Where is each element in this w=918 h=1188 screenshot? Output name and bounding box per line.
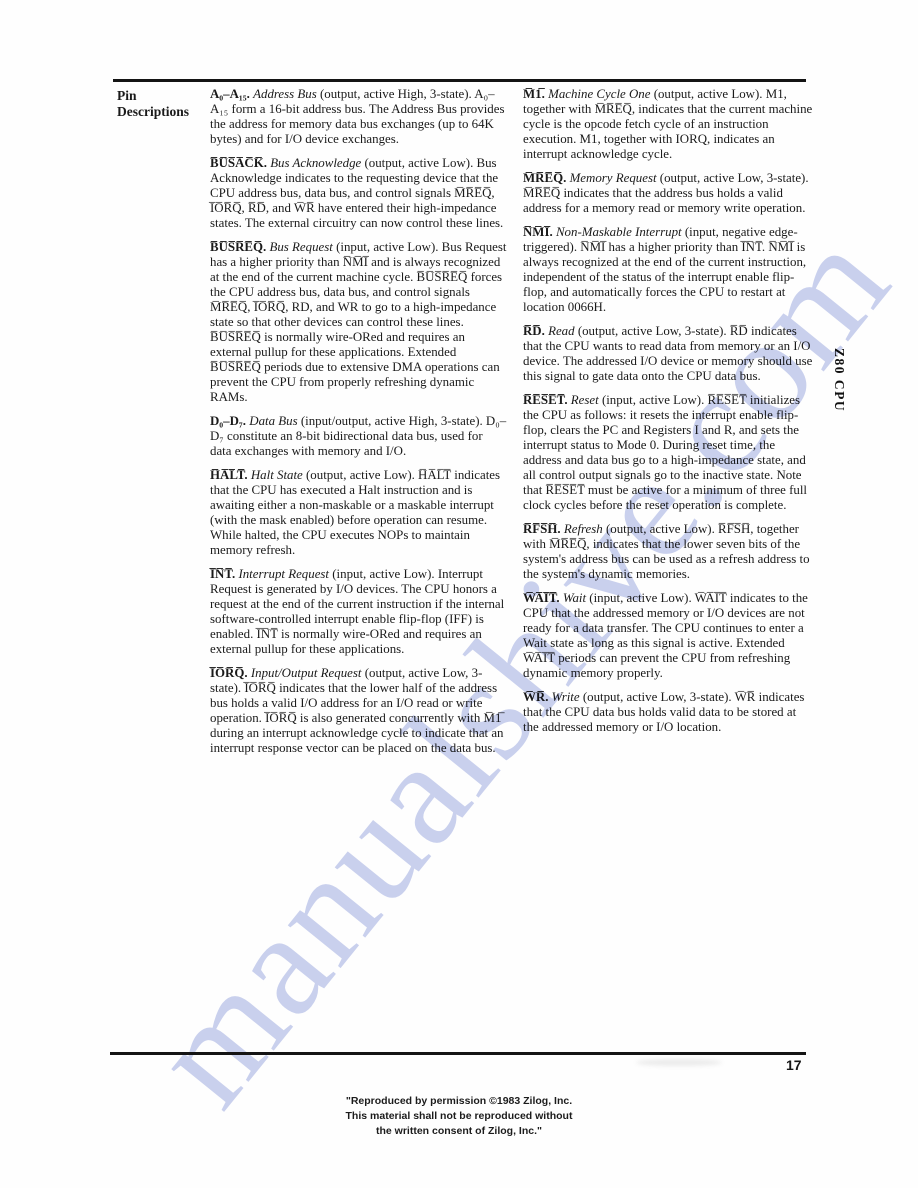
pin-title: Non-Maskable Interrupt: [556, 225, 682, 239]
pin-entry-m1: M̅1̅. Machine Cycle One (output, active …: [523, 87, 814, 162]
page-edge-label: Z80 CPU: [831, 348, 847, 412]
right-column: M̅1̅. Machine Cycle One (output, active …: [523, 87, 814, 744]
copyright-footer-line3: the written consent of Zilog, Inc.": [0, 1124, 918, 1139]
pin-title: Read: [548, 324, 575, 338]
pin-entry-rd: R̅D̅. Read (output, active Low, 3-state)…: [523, 324, 814, 384]
pin-title: Wait: [563, 591, 586, 605]
pin-title: Machine Cycle One: [548, 87, 650, 101]
pin-name-heading: W̅A̅I̅T̅.: [523, 591, 560, 605]
pin-entry-iorq: I̅O̅R̅Q̅. Input/Output Request (output, …: [210, 666, 507, 756]
pin-name-heading: R̅D̅.: [523, 324, 545, 338]
pin-name-heading: M̅R̅E̅Q̅.: [523, 171, 566, 185]
pin-description: (input, active Low). Bus Request has a h…: [210, 240, 507, 404]
pin-entry-a0-a15: A₀–A₁₅. Address Bus (output, active High…: [210, 87, 507, 147]
pin-title: Write: [552, 690, 580, 704]
copyright-footer-line2: This material shall not be reproduced wi…: [0, 1109, 918, 1124]
section-heading-line1: Pin: [117, 88, 189, 104]
pin-entry-halt: H̅A̅L̅T̅. Halt State (output, active Low…: [210, 468, 507, 558]
pin-name-heading: H̅A̅L̅T̅.: [210, 468, 248, 482]
pin-entry-int: I̅N̅T̅. Interrupt Request (input, active…: [210, 567, 507, 657]
pin-name-heading: B̅U̅S̅R̅E̅Q̅.: [210, 240, 266, 254]
pin-name-heading: M̅1̅.: [523, 87, 545, 101]
pin-name-heading: A₀–A₁₅.: [210, 87, 250, 101]
pin-name-heading: W̅R̅.: [523, 690, 548, 704]
pin-title: Data Bus: [249, 414, 297, 428]
pin-title: Reset: [571, 393, 599, 407]
pin-title: Address Bus: [253, 87, 317, 101]
pin-title: Bus Acknowledge: [270, 156, 361, 170]
pin-entry-nmi: N̅M̅I̅. Non-Maskable Interrupt (input, n…: [523, 225, 814, 315]
section-heading: Pin Descriptions: [117, 88, 189, 120]
page-number: 17: [786, 1057, 802, 1073]
pin-entry-busack: B̅U̅S̅A̅C̅K̅. Bus Acknowledge (output, a…: [210, 156, 507, 231]
pin-description: (input, active Low). R̅E̅S̅E̅T̅ initiali…: [523, 393, 807, 512]
pin-entry-reset: R̅E̅S̅E̅T̅. Reset (input, active Low). R…: [523, 393, 814, 513]
section-heading-line2: Descriptions: [117, 104, 189, 120]
pin-name-heading: D₀–D₇.: [210, 414, 246, 428]
pin-title: Halt State: [251, 468, 303, 482]
pin-title: Input/Output Request: [251, 666, 362, 680]
copyright-footer-line1: "Reproduced by permission ©1983 Zilog, I…: [0, 1094, 918, 1109]
pin-name-heading: R̅F̅S̅H̅.: [523, 522, 561, 536]
pin-name-heading: N̅M̅I̅.: [523, 225, 553, 239]
pin-title: Interrupt Request: [238, 567, 329, 581]
pin-description: (output, active Low, 3-state). M̅R̅E̅Q̅ …: [523, 171, 809, 215]
pin-entry-rfsh: R̅F̅S̅H̅. Refresh (output, active Low). …: [523, 522, 814, 582]
copyright-footer: "Reproduced by permission ©1983 Zilog, I…: [0, 1094, 918, 1139]
pin-name-heading: I̅N̅T̅.: [210, 567, 235, 581]
pin-entry-wr: W̅R̅. Write (output, active Low, 3-state…: [523, 690, 814, 735]
scanned-datasheet-page: { "page": { "number": "17", "side_label"…: [0, 0, 918, 1188]
pin-entry-busreq: B̅U̅S̅R̅E̅Q̅. Bus Request (input, active…: [210, 240, 507, 405]
pin-entry-mreq: M̅R̅E̅Q̅. Memory Request (output, active…: [523, 171, 814, 216]
pin-name-heading: I̅O̅R̅Q̅.: [210, 666, 248, 680]
scan-smudge: [636, 1059, 722, 1066]
bottom-rule: [110, 1052, 806, 1055]
pin-entry-d0-d7: D₀–D₇. Data Bus (input/output, active Hi…: [210, 414, 507, 459]
pin-entry-wait: W̅A̅I̅T̅. Wait (input, active Low). W̅A̅…: [523, 591, 814, 681]
top-rule: [113, 79, 806, 82]
left-column: A₀–A₁₅. Address Bus (output, active High…: [210, 87, 507, 765]
pin-name-heading: B̅U̅S̅A̅C̅K̅.: [210, 156, 267, 170]
pin-title: Refresh: [564, 522, 603, 536]
pin-name-heading: R̅E̅S̅E̅T̅.: [523, 393, 568, 407]
pin-title: Memory Request: [570, 171, 657, 185]
pin-title: Bus Request: [269, 240, 332, 254]
